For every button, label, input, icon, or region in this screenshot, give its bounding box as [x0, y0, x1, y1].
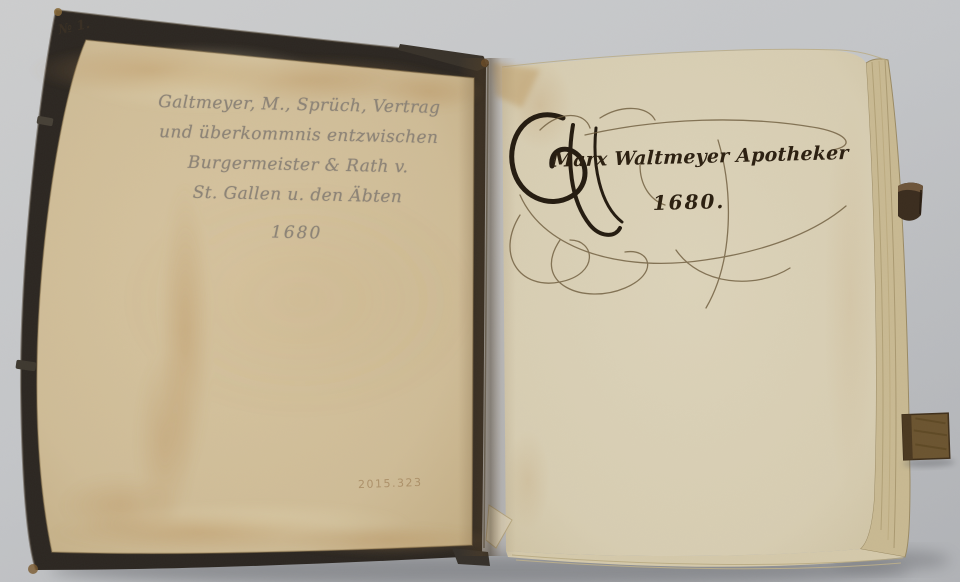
photo-scene: № 1. Galtmeyer, M., Sprüch, Vertrag und … [0, 0, 960, 582]
photo-grain [0, 0, 960, 582]
book-photo-graphic [0, 0, 960, 582]
